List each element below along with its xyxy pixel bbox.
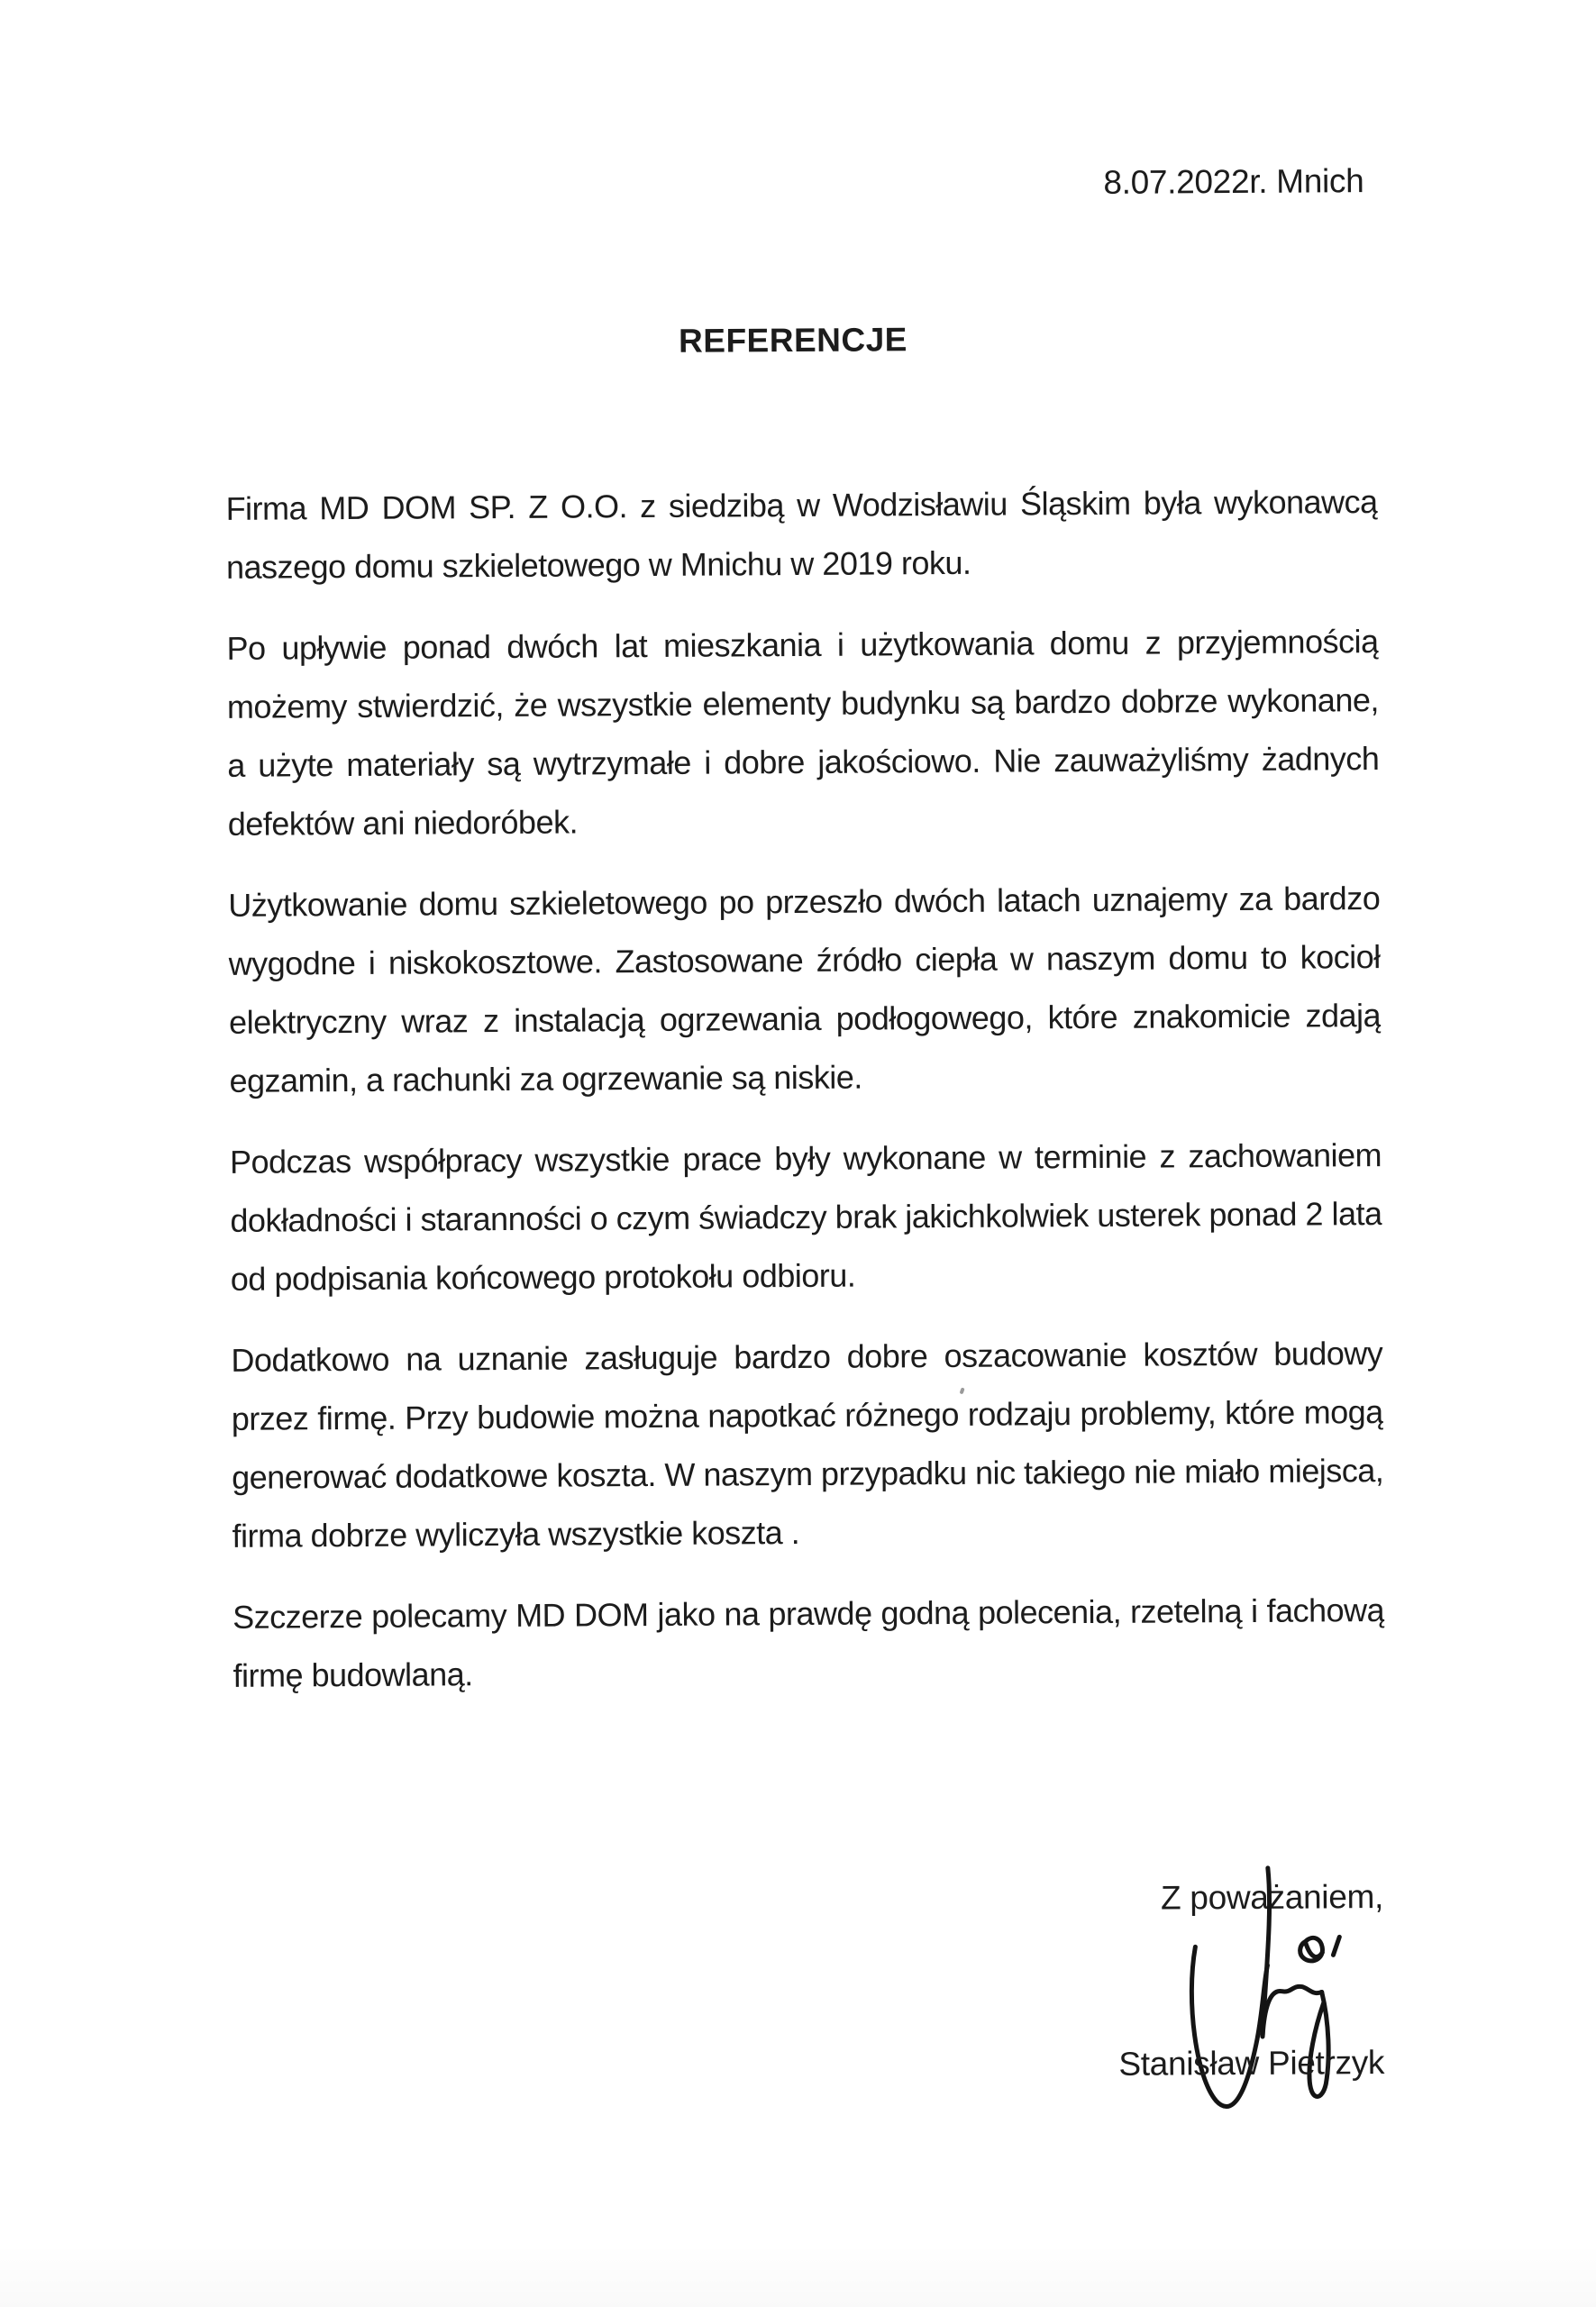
signature-stroke <box>1333 1937 1339 1955</box>
document-page: 8.07.2022r. Mnich REFERENCJE Firma MD DO… <box>0 0 1596 2307</box>
body-line: Użytkowanie domu szkieletowego po przesz… <box>228 869 1380 935</box>
body-line: Podczas współpracy wszystkie prace były … <box>230 1126 1382 1191</box>
body-line: Po upływie ponad dwóch lat mieszkania i … <box>226 612 1378 678</box>
body-line: elektryczny wraz z instalacją ogrzewania… <box>229 986 1381 1052</box>
paragraph: Dodatkowo na uznanie zasługuje bardzo do… <box>231 1324 1384 1565</box>
document-title: REFERENCJE <box>0 317 1591 365</box>
paragraph: Po upływie ponad dwóch lat mieszkania i … <box>226 612 1380 853</box>
body-line: od podpisania końcowego protokołu odbior… <box>231 1243 1382 1309</box>
body-line: generować dodatkowe koszta. W naszym prz… <box>232 1441 1383 1507</box>
signature-stroke <box>1300 1938 1323 1961</box>
paragraph: Użytkowanie domu szkieletowego po przesz… <box>228 869 1382 1110</box>
paragraph: Firma MD DOM SP. Z O.O. z siedzibą w Wod… <box>225 472 1378 597</box>
body-line: a użyte materiały są wytrzymałe i dobre … <box>227 729 1379 795</box>
body-line: egzamin, a rachunki za ogrzewanie są nis… <box>229 1044 1381 1110</box>
body-line: naszego domu szkieletowego w Mnichu w 20… <box>226 531 1378 597</box>
body-line: możemy stwierdzić, że wszystkie elementy… <box>227 670 1379 736</box>
body-line: Firma MD DOM SP. Z O.O. z siedzibą w Wod… <box>225 472 1377 538</box>
date-location: 8.07.2022r. Mnich <box>1103 162 1363 202</box>
document-body: Firma MD DOM SP. Z O.O. z siedzibą w Wod… <box>225 472 1384 1728</box>
scanned-letter: 8.07.2022r. Mnich REFERENCJE Firma MD DO… <box>0 0 1596 2307</box>
body-line: firma dobrze wyliczyła wszystkie koszta … <box>232 1500 1383 1565</box>
handwritten-signature <box>1163 1851 1381 2149</box>
body-line: przez firmę. Przy budowie można napotkać… <box>232 1382 1383 1448</box>
body-line: Szczerze polecamy MD DOM jako na prawdę … <box>233 1581 1384 1646</box>
body-line: Dodatkowo na uznanie zasługuje bardzo do… <box>231 1324 1382 1390</box>
paragraph: Szczerze polecamy MD DOM jako na prawdę … <box>233 1581 1385 1705</box>
body-line: defektów ani niedoróbek. <box>228 788 1380 853</box>
body-line: wygodne i niskokosztowe. Zastosowane źró… <box>229 927 1381 993</box>
body-line: firmę budowlaną. <box>233 1639 1384 1705</box>
paragraph: Podczas współpracy wszystkie prace były … <box>230 1126 1382 1309</box>
body-line: dokładności i staranności o czym świadcz… <box>230 1184 1382 1250</box>
signature-stroke <box>1263 1986 1322 2037</box>
signatory-name: Stanisław Pietrzyk <box>1118 2044 1384 2084</box>
